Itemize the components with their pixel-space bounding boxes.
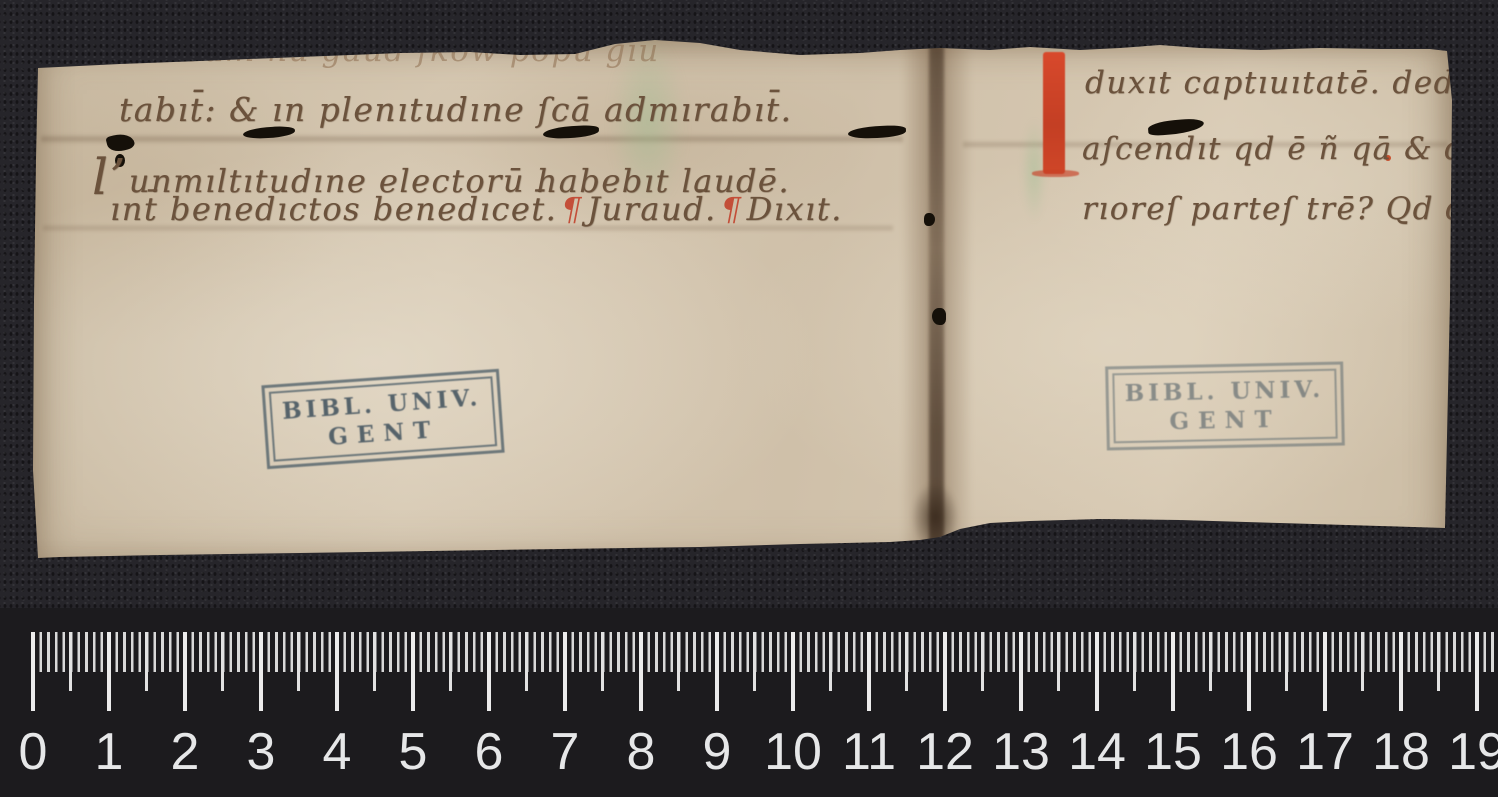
library-stamp-border: BIBL. UNIV. GENT: [269, 376, 497, 461]
ruler-number: 8: [627, 726, 656, 778]
ruler-centimeter-ticks: [31, 632, 1498, 711]
manuscript-text: duxıt captıuıtatē. dedn̄: [1085, 65, 1476, 101]
library-stamp-right: BIBL. UNIV. GENT: [1105, 362, 1344, 451]
ruler-number: 6: [475, 726, 504, 778]
ruler-number: 17: [1296, 726, 1354, 778]
manuscript-text: Dıxıt.: [747, 190, 843, 228]
ruler-number: 12: [916, 726, 974, 778]
library-stamp-border: BIBL. UNIV. GENT: [1112, 369, 1337, 444]
manuscript-line: tabıt̄: & ın plenıtudıne ſcā admırabıt̄.: [119, 92, 793, 128]
ruler-number: 3: [247, 726, 276, 778]
ruler-number: 9: [703, 726, 732, 778]
manuscript-text: rıoreſ parteſ trē? Qd de: [1082, 191, 1487, 227]
ruler-number: 16: [1220, 726, 1278, 778]
parchment-fragment: ım eum nu gaud ſkow popu gıu tabıt̄: & ı…: [33, 40, 1452, 560]
ruler: 0 1 2 3 4 5 6 7 8 9 10 11 12 13 14 15 16…: [0, 608, 1498, 797]
ruler-number: 0: [19, 726, 48, 778]
ruler-number: 7: [551, 726, 580, 778]
horizontal-crease: [41, 134, 903, 144]
ruler-number: 5: [399, 726, 428, 778]
ruler-number: 19: [1448, 726, 1498, 778]
red-paraph-mark: ¶: [721, 190, 743, 228]
red-initial-letter: [1043, 52, 1065, 174]
ruler-number: 13: [992, 726, 1050, 778]
ruler-number: 4: [323, 726, 352, 778]
ruler-number: 1: [95, 726, 124, 778]
ruler-number: 15: [1144, 726, 1202, 778]
manuscript-text: ınt̄ benedıctos benedıcet̄.: [110, 190, 557, 228]
manuscript-line: aſcendıt qd ē ñ qā & deſ: [1082, 132, 1498, 166]
manuscript-text: Juraud̄.: [587, 190, 717, 228]
manuscript-text: tabıt̄: & ın plenıtudıne ſcā admırabıt̄.: [119, 90, 793, 129]
red-paraph-mark: ¶: [561, 190, 583, 228]
manuscript-line: rıoreſ parteſ trē? Qd de: [1082, 192, 1487, 226]
ruler-number: 2: [171, 726, 200, 778]
manuscript-text: aſcendıt qd ē ñ qā & deſ: [1082, 131, 1498, 167]
library-stamp-left: BIBL. UNIV. GENT: [261, 369, 504, 469]
manuscript-line: duxıt captıuıtatē. dedn̄: [1085, 66, 1476, 100]
ink-spot: [932, 308, 946, 325]
ruler-number: 18: [1372, 726, 1430, 778]
manuscript-line: ınt̄ benedıctos benedıcet̄.¶Juraud̄.¶Dıx…: [110, 192, 843, 227]
ruler-number: 11: [842, 726, 896, 778]
ruler-number: 14: [1068, 726, 1126, 778]
red-initial-foot: [1032, 170, 1079, 177]
manuscript-photo: ım eum nu gaud ſkow popu gıu tabıt̄: & ı…: [0, 0, 1498, 797]
stamp-text: GENT: [1125, 405, 1325, 436]
ruler-number: 10: [764, 726, 822, 778]
stamp-text: BIBL. UNIV.: [1124, 376, 1324, 407]
